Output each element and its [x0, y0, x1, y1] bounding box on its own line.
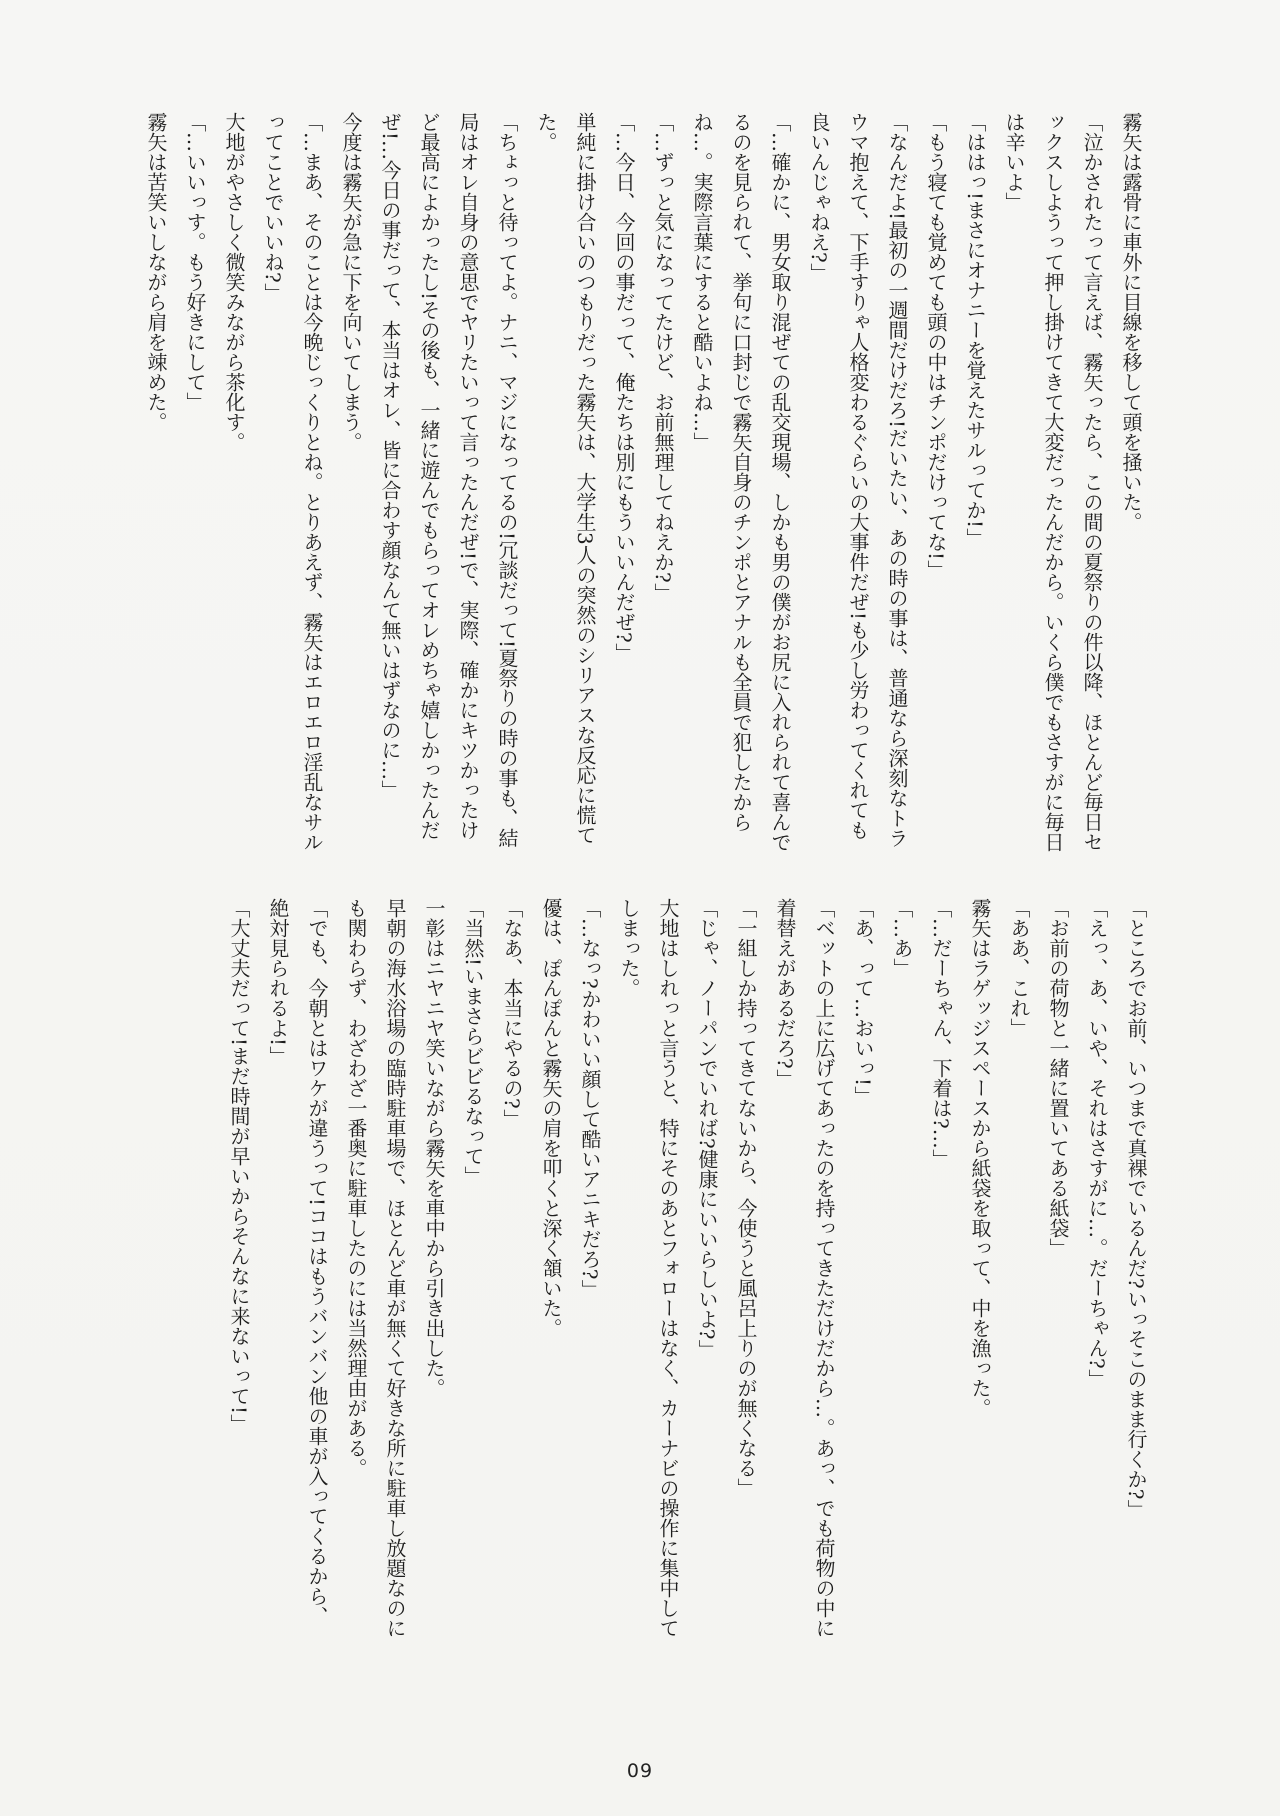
- narration-paragraph: 大地はしれっと言うと、特にそのあとフォローはなく、カーナビの操作に集中してしまっ…: [609, 898, 687, 1646]
- dialogue-paragraph: 「ああ、これ」: [999, 898, 1038, 1646]
- dialogue-paragraph: 「ベットの上に広げてあったのを持ってきただけだから…。あっ、でも荷物の中に着替え…: [765, 898, 843, 1646]
- dialogue-paragraph: 「大丈夫だって!まだ時間が早いからそんなに来ないって!」: [219, 898, 258, 1646]
- dialogue-paragraph: 「でも、今朝とはワケが違うって!ココはもうバンバン他の車が入ってくるから、絶対見…: [258, 898, 336, 1646]
- dialogue-paragraph: 「泣かされたって言えば、霧矢ったら、この間の夏祭りの件以降、ほとんど毎日セックス…: [994, 112, 1111, 854]
- narration-paragraph: 単純に掛け合いのつもりだった霧矢は、大学生3人の突然のシリアスな反応に慌てた。: [526, 112, 604, 854]
- dialogue-paragraph: 「…今日、今回の事だって、俺たちは別にもういいんだぜ?」: [604, 112, 643, 854]
- dialogue-paragraph: 「…確かに、男女取り混ぜての乱交現場、しかも男の僕がお尻に入れられて喜んでるのを…: [682, 112, 799, 854]
- narration-paragraph: 霧矢は苦笑いしながら肩を竦めた。: [136, 112, 175, 854]
- narration-paragraph: 霧矢はラゲッジスペースから紙袋を取って、中を漁った。: [960, 898, 999, 1646]
- dialogue-paragraph: 「えっ、あ、いや、それはさすがに…。だーちゃん?」: [1077, 898, 1116, 1646]
- dialogue-paragraph: 「じゃ、ノーパンでいれば?健康にいいらしいよ?」: [687, 898, 726, 1646]
- narration-paragraph: 今度は霧矢が急に下を向いてしまう。: [331, 112, 370, 854]
- dialogue-paragraph: 「一組しか持ってきてないから、今使うと風呂上りのが無くなる」: [726, 898, 765, 1646]
- dialogue-paragraph: 「お前の荷物と一緒に置いてある紙袋」: [1038, 898, 1077, 1646]
- story-block-bottom: 「ところでお前、いつまで真裸でいるんだ?いっそこのまま行くか?」 「えっ、あ、い…: [219, 898, 1155, 1646]
- dialogue-paragraph: 「もう寝ても覚めても頭の中はチンポだけってな!」: [916, 112, 955, 854]
- story-block-top: 霧矢は露骨に車外に目線を移して頭を掻いた。 「泣かされたって言えば、霧矢ったら、…: [136, 112, 1150, 854]
- narration-paragraph: 優は、ぽんぽんと霧矢の肩を叩くと深く頷いた。: [531, 898, 570, 1646]
- dialogue-paragraph: 「ところでお前、いつまで真裸でいるんだ?いっそこのまま行くか?」: [1116, 898, 1155, 1646]
- dialogue-paragraph: 「ちょっと待ってよ。ナニ、マジになってるの!冗談だって!夏祭りの時の事も、結局は…: [370, 112, 526, 854]
- dialogue-paragraph: 「…いいっす。もう好きにして」: [175, 112, 214, 854]
- narration-paragraph: 霧矢は露骨に車外に目線を移して頭を掻いた。: [1111, 112, 1150, 854]
- narration-paragraph: 大地がやさしく微笑みながら茶化す。: [214, 112, 253, 854]
- dialogue-paragraph: 「…だーちゃん、下着は?…」: [921, 898, 960, 1646]
- dialogue-paragraph: 「…なっ?かわいい顔して酷いアニキだろ?」: [570, 898, 609, 1646]
- dialogue-paragraph: 「…あ」: [882, 898, 921, 1646]
- dialogue-paragraph: 「ははっ!まさにオナニーを覚えたサルってか!」: [955, 112, 994, 854]
- dialogue-paragraph: 「当然!いまさらビビるなって」: [453, 898, 492, 1646]
- narration-paragraph: 早朝の海水浴場の臨時駐車場で、ほとんど車が無くて好きな所に駐車し放題なのにも関わ…: [336, 898, 414, 1646]
- dialogue-paragraph: 「あ、って…おいっ!」: [843, 898, 882, 1646]
- narration-paragraph: 一彰はニヤニヤ笑いながら霧矢を車中から引き出した。: [414, 898, 453, 1646]
- page-number: 09: [0, 1760, 1280, 1782]
- dialogue-paragraph: 「なあ、本当にやるの?」: [492, 898, 531, 1646]
- dialogue-paragraph: 「…まあ、そのことは今晩じっくりとね。とりあえず、霧矢はエロエロ淫乱なサルってこ…: [253, 112, 331, 854]
- dialogue-paragraph: 「…ずっと気になってたけど、お前無理してねえか?」: [643, 112, 682, 854]
- dialogue-paragraph: 「なんだよ!最初の一週間だけだろ!だいたい、あの時の事は、普通なら深刻なトラウマ…: [799, 112, 916, 854]
- scanned-novel-page: 霧矢は露骨に車外に目線を移して頭を掻いた。 「泣かされたって言えば、霧矢ったら、…: [0, 0, 1280, 1816]
